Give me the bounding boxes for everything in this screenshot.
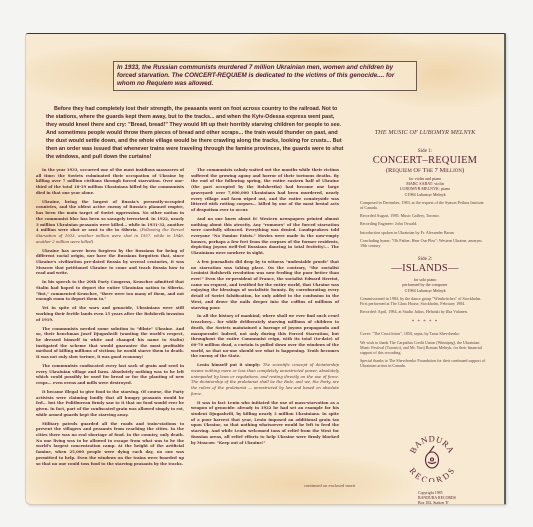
side-1-subtitle: (Requiem Of The 7 Million): [356, 167, 494, 174]
note-line: Concluding hymn: "Oh Father, Hear Our Pl…: [360, 238, 488, 248]
essay-paragraph: In all the history of mankind, where sha…: [191, 313, 339, 359]
essay-paragraph: A few journalists did drop by to witness…: [191, 259, 339, 310]
note-line: Cover: "The Crucifixion", 1850, sepia, b…: [360, 331, 488, 336]
essay-paragraph: The communists needed some solution to "…: [36, 326, 184, 360]
copyright-block: Copyright 1985 BANDURA RECORDS Box 182, …: [418, 491, 456, 505]
essay-left-column: In the year 1933, occurred one of the mo…: [36, 167, 184, 469]
side-1-notes: Composed in December, 1983, at the reque…: [356, 200, 494, 248]
note-line: Recorded: April, 1984, at Studio Julius,…: [360, 309, 488, 314]
dedication-banner: In 1933, the Russian communists murdered…: [113, 61, 417, 91]
credit-line: ©1984 Lubomyr Melnyk: [356, 288, 494, 293]
side-2-block: Side 2: —ISLANDS— for solo piano perform…: [356, 256, 494, 293]
copyright-line: Box 182, Station 'E': [418, 501, 456, 505]
essay-paragraph: Ukraine, being the largest of Russia's p…: [36, 199, 184, 245]
lenin-quote: Lenin himself put it simply: The scienti…: [191, 362, 339, 396]
side-1-label: Side 1:: [356, 148, 494, 154]
side-2-title: —ISLANDS—: [356, 263, 494, 275]
essay-paragraph: And no one knew about it! Western newspa…: [191, 216, 339, 256]
side-2-notes: Commissioned in 1984, by the dance group…: [356, 296, 494, 315]
essay-paragraph: In the year 1933, occurred one of the mo…: [36, 167, 184, 196]
bandura-records-logo-icon: BANDURA RECORDS: [407, 432, 457, 482]
essay-paragraph: Ukraine has never been forgiven by the R…: [36, 248, 184, 277]
credits-panel: THE MUSIC OF LUBOMYR MELNYK Side 1: CONC…: [356, 129, 494, 372]
water-stain: [176, 454, 416, 505]
essay-paragraph: Yet in spite of the wars and genocide, U…: [36, 305, 184, 322]
essay-paragraph: In his speech to the 20th Party Congress…: [36, 279, 184, 302]
intro-paragraph: Before they had completely lost their st…: [46, 105, 346, 161]
note-line: We wish to thank The Carpathia Credit Un…: [360, 340, 488, 356]
music-of-heading: THE MUSIC OF LUBOMYR MELNYK: [356, 129, 494, 136]
essay-paragraph: The communists confiscated every last sa…: [36, 363, 184, 386]
note-line: Recording Engineer: John Oswald.: [360, 221, 488, 226]
essay-paragraph: Military patrols guarded all the roads a…: [36, 421, 184, 467]
continued-note: continued on enclosed insert: [304, 483, 355, 488]
side-2-label: Side 2:: [356, 256, 494, 262]
separator-stars: * * * * *: [356, 320, 494, 325]
credit-line: ©1984 Lubomyr Melnyk: [356, 192, 494, 197]
note-line: Composed in December, 1983, at the reque…: [360, 200, 488, 210]
essay-middle-column: The communists calmly waited out the mon…: [191, 167, 339, 448]
side-1-block: Side 1: CONCERT–REQUIEM (Requiem Of The …: [356, 148, 494, 197]
note-line: Commissioned in 1984, by the dance group…: [360, 296, 488, 306]
album-back-cover: In 1933, the Russian communists murdered…: [25, 33, 506, 505]
note-line: Introduction spoken in Ukrainian by Fr. …: [360, 230, 488, 235]
note-line: Special thanks to The Shevchenko Foundat…: [360, 358, 488, 368]
essay-paragraph: It became illegal to give food to the st…: [36, 389, 184, 418]
essay-paragraph: The communists calmly waited out the mon…: [191, 167, 339, 213]
essay-paragraph: It was in fact Lenin who initiated the u…: [191, 400, 339, 446]
note-line: Recorded August, 1985. Music Gallery, To…: [360, 213, 488, 218]
side-1-title: CONCERT–REQUIEM: [356, 155, 494, 167]
extra-notes: Cover: "The Crucifixion", 1850, sepia, b…: [356, 331, 494, 368]
